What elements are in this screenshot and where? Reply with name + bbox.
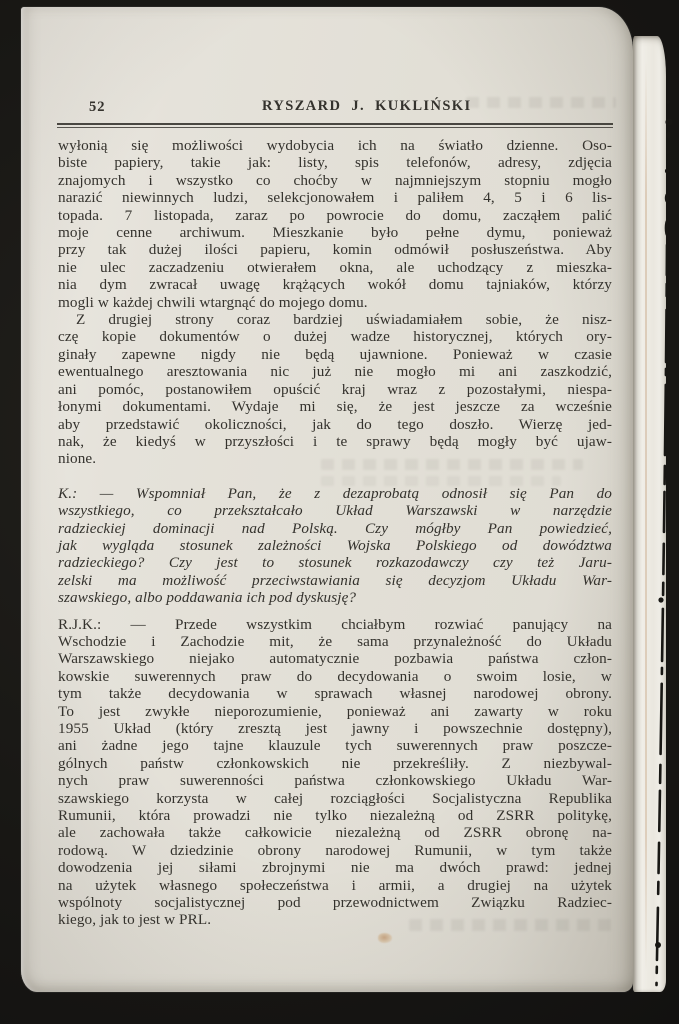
- page-number: 52: [89, 99, 106, 116]
- text-line: To jest zwykłe nieporozumienie, ponieważ…: [58, 703, 612, 720]
- text-line: czę kopie dokumentów o dużej wadze histo…: [58, 328, 612, 345]
- text-line: ewentualnego aresztowania nic już nie mo…: [58, 363, 612, 380]
- text-line: topada. 7 listopada, zaraz po powrocie d…: [58, 207, 612, 224]
- text-line: kiego, jak to jest w PRL.: [58, 911, 612, 928]
- text-line: nione.: [58, 450, 612, 467]
- page-header: 52 RYSZARD J. KUKLIŃSKI: [57, 95, 613, 129]
- text-line: dowodzenia jej siłami zbrojnymi nie ma d…: [58, 859, 612, 876]
- text-line: K.: — Wspomniał Pan, że z dezaprobatą od…: [58, 485, 612, 502]
- text-line: jak wygląda stosunek zależności Wojska P…: [58, 537, 612, 554]
- text-line: gólnych państw członkowskich nie przekre…: [58, 755, 612, 772]
- text-line: ani żadne jego tajne klauzule tych suwer…: [58, 737, 612, 754]
- text-line: nych praw suwerenności państwa członkows…: [58, 772, 612, 789]
- paragraph: wyłonią się możliwości wydobycia ich na …: [58, 137, 612, 311]
- fore-edge: [633, 36, 666, 992]
- text-line: moje cenne archiwum. Mieszkanie było peł…: [58, 224, 612, 241]
- text-line: szawskiego korzysta w całej rozciągłości…: [58, 790, 612, 807]
- header-rule: [57, 123, 613, 128]
- text-line: mogli w każdej chwili wtargnąć do mojego…: [58, 294, 612, 311]
- page-stain: [378, 933, 392, 943]
- book-photo: 52 RYSZARD J. KUKLIŃSKI wyłonią się możl…: [0, 0, 679, 1024]
- text-line: zelski ma możliwość przeciwstawiania się…: [58, 572, 612, 589]
- text-line: znajomych i wszystko co choćby w najmnie…: [58, 172, 612, 189]
- text-line: nie ulec zaczadzeniu otwierałem okna, al…: [58, 259, 612, 276]
- text-line: 1955 Układ (który zresztą jest jawny i p…: [58, 720, 612, 737]
- text-line: ginały zapewne nigdy nie będą ujawnione.…: [58, 346, 612, 363]
- show-through-ghost: [466, 97, 616, 108]
- paragraph: K.: — Wspomniał Pan, że z dezaprobatą od…: [58, 485, 612, 607]
- text-line: nia dym zwracał uwagę krążących wokół do…: [58, 276, 612, 293]
- text-line: wspólnoty socjalistycznej pod przewodnic…: [58, 894, 612, 911]
- text-line: nak, że kiedyś w przyszłości i te sprawy…: [58, 433, 612, 450]
- text-line: Z drugiej strony coraz bardziej uświadam…: [58, 311, 612, 328]
- text-line: łonymi dokumentami. Wydaje mi się, że je…: [58, 398, 612, 415]
- text-line: wyłonią się możliwości wydobycia ich na …: [58, 137, 612, 154]
- text-line: aby przedstawić okoliczności, jak do teg…: [58, 416, 612, 433]
- paragraph: R.J.K.: — Przede wszystkim chciałbym roz…: [58, 616, 612, 929]
- page-body: wyłonią się możliwości wydobycia ich na …: [58, 137, 612, 929]
- text-line: ale zachowała także całkowicie niezależn…: [58, 824, 612, 841]
- text-line: radzieckiego? Czy jest to stosunek rozka…: [58, 554, 612, 571]
- text-line: R.J.K.: — Przede wszystkim chciałbym roz…: [58, 616, 612, 633]
- text-line: przy tak dużej ilości papieru, komin odm…: [58, 241, 612, 258]
- text-line: Warszawskiego niejako automatycznie pozb…: [58, 650, 612, 667]
- text-line: szawskiego, albo poddawania ich pod dysk…: [58, 589, 612, 606]
- text-line: rodową. W dziedzinie obrony narodowej Ru…: [58, 842, 612, 859]
- text-line: na użytek własnego społeczeństwa i armii…: [58, 877, 612, 894]
- text-line: tym także decydowania w sprawach własnej…: [58, 685, 612, 702]
- text-line: radzieckiej dominacji nad Polską. Czy mó…: [58, 520, 612, 537]
- text-line: ani pomóc, postanowiłem opuścić kraj wra…: [58, 381, 612, 398]
- book-page: 52 RYSZARD J. KUKLIŃSKI wyłonią się możl…: [21, 7, 633, 992]
- text-line: wszystkiego, co przekształcało Układ War…: [58, 502, 612, 519]
- text-line: kowskie suwerennych praw do decydowania …: [58, 668, 612, 685]
- paragraph: Z drugiej strony coraz bardziej uświadam…: [58, 311, 612, 468]
- text-line: Wschodzie i Zachodzie mit, że sama przyn…: [58, 633, 612, 650]
- text-line: Rumunii, która prowadzi nie tylko niezal…: [58, 807, 612, 824]
- text-line: narazić niewinnych ludzi, selekcjonowałe…: [58, 189, 612, 206]
- running-title: RYSZARD J. KUKLIŃSKI: [262, 98, 472, 115]
- text-line: biste papiery, takie jak: listy, spis te…: [58, 154, 612, 171]
